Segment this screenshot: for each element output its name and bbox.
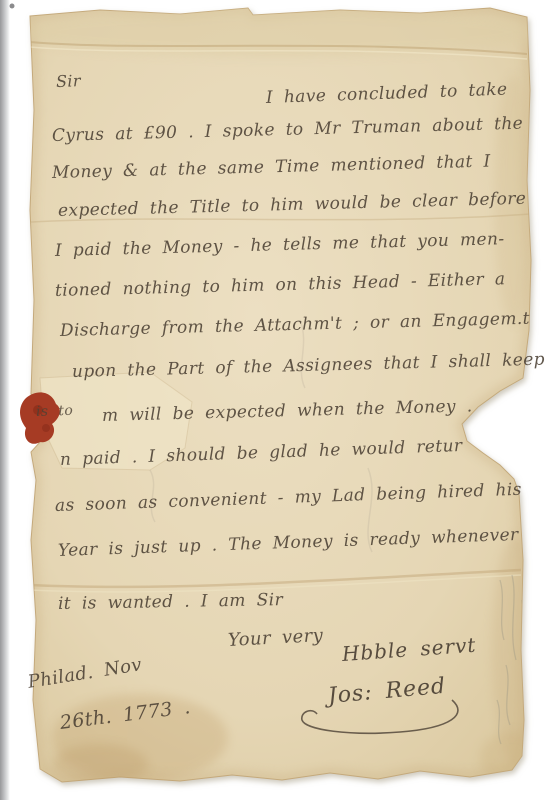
- body-line: it is wanted . I am Sir: [58, 590, 283, 614]
- body-line: Discharge from the Attachm't ; or an Eng…: [60, 309, 530, 341]
- body-line: n paid . I should be glad he would retur: [60, 436, 463, 470]
- body-line: upon the Part of the Assignees that I sh…: [72, 350, 545, 382]
- marginal-insertion: is to: [36, 403, 74, 420]
- body-line: as soon as convenient - my Lad being hir…: [55, 480, 522, 516]
- body-line: Cyrus at £90 . I spoke to Mr Truman abou…: [52, 114, 524, 146]
- closing-line-2: Hbble servt: [341, 633, 477, 666]
- salutation: Sir: [56, 71, 82, 91]
- signature: Jos: Reed: [327, 674, 447, 709]
- body-line: Year is just up . The Money is ready whe…: [58, 525, 519, 561]
- letter-text: Sir I have concluded to take Cyrus at £9…: [0, 0, 549, 800]
- closing-line: Your very: [227, 625, 323, 651]
- opening-line: I have concluded to take: [266, 80, 508, 108]
- scanned-letter-page: Sir I have concluded to take Cyrus at £9…: [0, 0, 549, 800]
- dateline-place: Philad. Nov: [26, 654, 143, 693]
- body-line: Money & at the same Time mentioned that …: [52, 152, 491, 183]
- body-line: m will be expected when the Money .: [102, 396, 473, 426]
- body-line: expected the Title to him would be clear…: [58, 189, 527, 221]
- body-line: I paid the Money - he tells me that you …: [55, 229, 505, 261]
- body-line: tioned nothing to him on this Head - Eit…: [55, 269, 506, 301]
- dateline-date: 26th. 1773 .: [59, 696, 192, 734]
